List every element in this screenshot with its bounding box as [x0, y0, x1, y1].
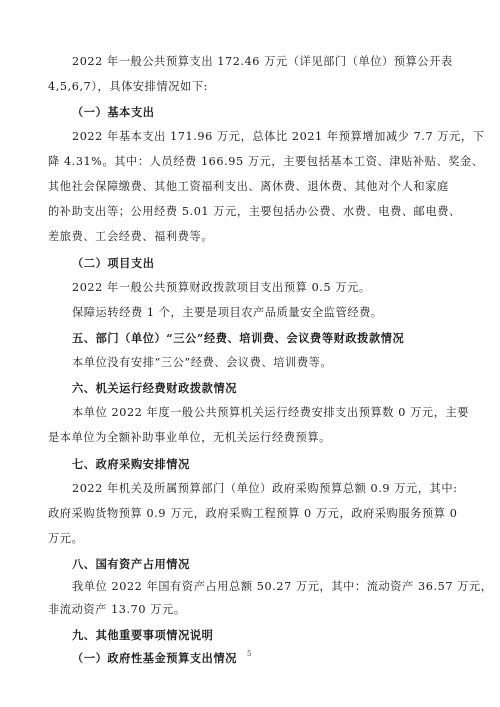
- paragraph-line: 保障运转经费 1 个，主要是项目农产品质量安全监管经费。: [72, 306, 383, 320]
- paragraph-line: 是本单位为全额补助事业单位，无机关运行经费预算。: [48, 431, 331, 445]
- paragraph-line: 差旅费、工会经费、福利费等。: [48, 230, 213, 244]
- paragraph-line: 4,5,6,7），具体安排情况如下:: [48, 80, 208, 94]
- paragraph-line: 本单位 2022 年度一般公共预算机关运行经费安排支出预算数 0 万元，主要: [72, 406, 469, 420]
- document-page: 2022 年一般公共预算支出 172.46 万元（详见部门（单位）预算公开表 4…: [0, 0, 500, 707]
- paragraph-line: 我单位 2022 年国有资产占用总额 50.27 万元，其中：流动资产 36.5…: [72, 580, 493, 594]
- paragraph-line: 2022 年一般公共预算财政拨款项目支出预算 0.5 万元。: [72, 281, 371, 295]
- section-heading-state-assets: 八、国有资产占用情况: [72, 557, 190, 571]
- paragraph-line: 其他社会保障缴费、其他工资福利支出、离休费、退休费、其他对个人和家庭: [48, 180, 449, 194]
- paragraph-line: 的补助支出等；公用经费 5.01 万元，主要包括办公费、水费、电费、邮电费、: [48, 205, 461, 219]
- paragraph-line: 本单位没有安排“三公”经费、会议费、培训费等。: [72, 356, 332, 370]
- section-heading-basic-expenditure: （一）基本支出: [72, 105, 155, 119]
- section-heading-other-matters: 九、其他重要事项情况说明: [72, 628, 213, 642]
- paragraph-line: 降 4.31%。其中：人员经费 166.95 万元，主要包括基本工资、津贴补贴、…: [48, 155, 484, 169]
- page-number: 5: [247, 650, 251, 658]
- paragraph-line: 政府采购货物预算 0.9 万元，政府采购工程预算 0 万元，政府采购服务预算 0: [48, 507, 457, 521]
- paragraph-line: 万元。: [48, 532, 83, 546]
- paragraph-line: 2022 年基本支出 171.96 万元，总体比 2021 年预算增加减少 7.…: [72, 130, 485, 144]
- section-heading-project-expenditure: （二）项目支出: [72, 256, 155, 270]
- paragraph-line: 2022 年一般公共预算支出 172.46 万元（详见部门（单位）预算公开表: [72, 55, 453, 69]
- paragraph-line: 非流动资产 13.70 万元。: [48, 603, 186, 617]
- section-heading-procurement: 七、政府采购安排情况: [72, 457, 190, 471]
- section-heading-operating-expenses: 六、机关运行经费财政拨款情况: [72, 381, 237, 395]
- section-heading-three-public-expenses: 五、部门（单位）“三公”经费、培训费、会议费等财政拨款情况: [72, 331, 404, 345]
- section-heading-government-fund: （一）政府性基金预算支出情况: [72, 651, 237, 665]
- paragraph-line: 2022 年机关及所属预算部门（单位）政府采购预算总额 0.9 万元，其中:: [72, 482, 458, 496]
